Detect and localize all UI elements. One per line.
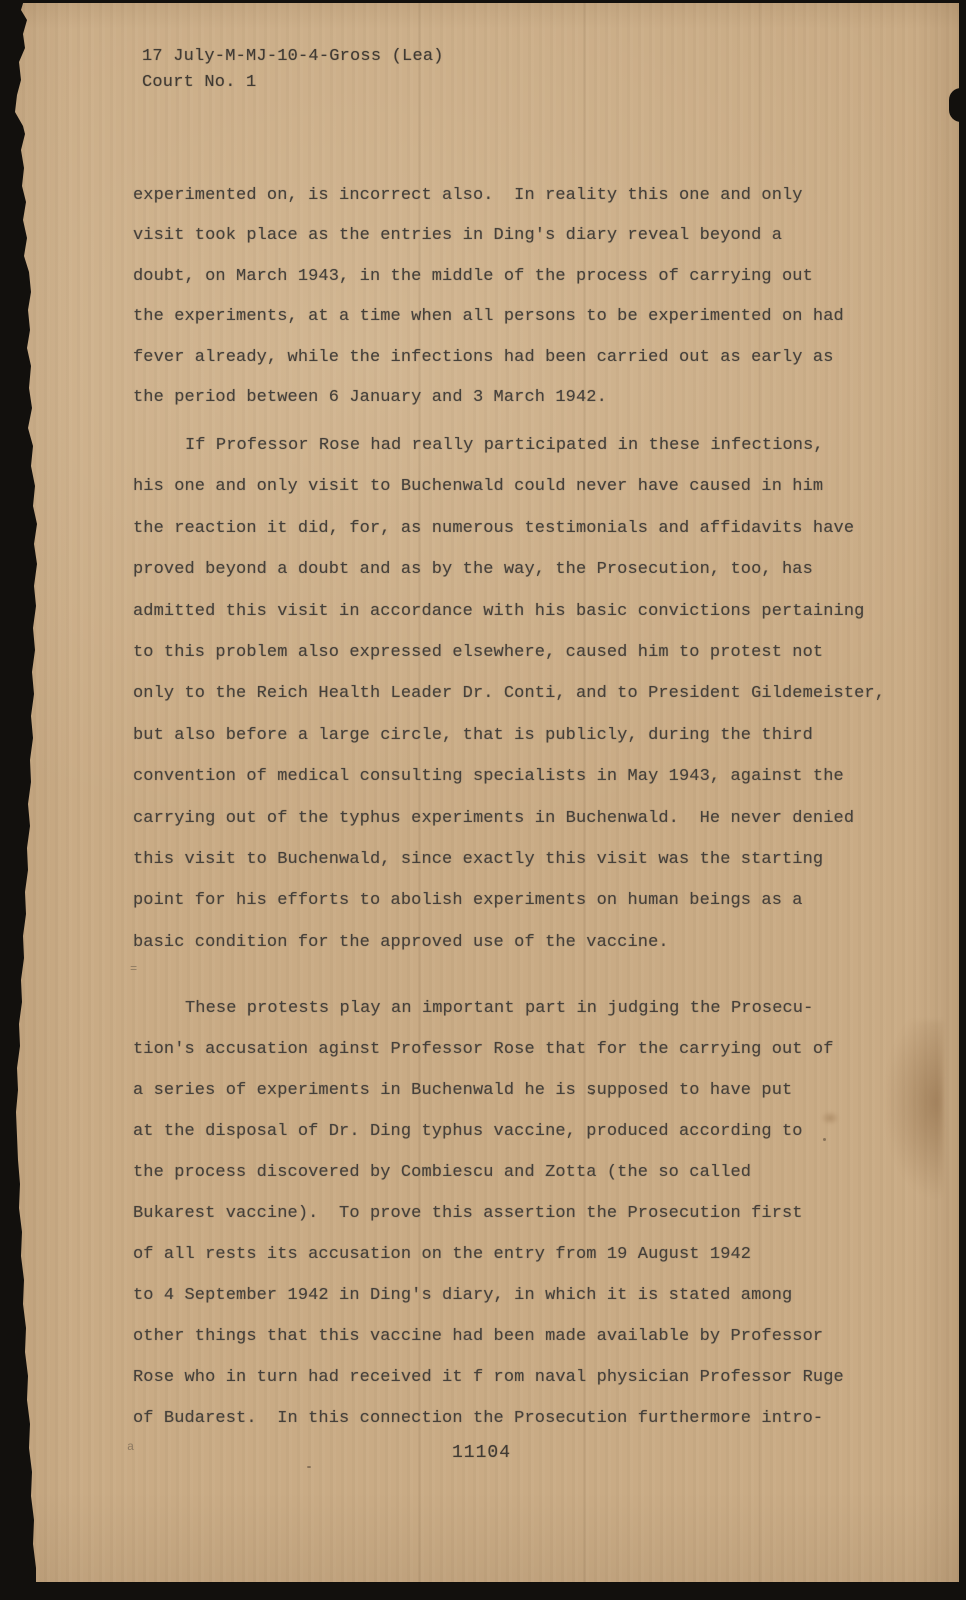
text-line: Rose who in turn had received it f rom n… [133,1357,844,1398]
paragraph: experimented on, is incorrect also. In r… [133,176,844,418]
text-line: this visit to Buchenwald, since exactly … [133,839,885,880]
text-line: his one and only visit to Buchenwald cou… [133,466,885,507]
stray-mark: = [130,962,137,976]
text-line: tion's accusation aginst Professor Rose … [133,1029,844,1070]
torn-edge-notch [949,88,962,122]
scanned-document-page: { "page": { "header_line1": "17 July-M-M… [0,0,966,1600]
page-number: 11104 [452,1443,511,1463]
scan-speck [591,1092,594,1095]
torn-paper-edge [0,0,70,1600]
text-line: a series of experiments in Buchenwald he… [133,1070,844,1111]
text-line: These protests play an important part in… [133,988,844,1029]
text-line: fever already, while the infections had … [133,338,844,378]
text-line: doubt, on March 1943, in the middle of t… [133,257,844,297]
scan-speck [307,1466,311,1468]
text-line: visit took place as the entries in Ding'… [133,216,844,256]
text-line: admitted this visit in accordance with h… [133,591,885,632]
paragraph: If Professor Rose had really participate… [133,425,885,963]
text-line: basic condition for the approved use of … [133,922,885,963]
paragraph: These protests play an important part in… [133,988,844,1439]
text-line: If Professor Rose had really participate… [133,425,885,466]
text-line: of all rests its accusation on the entry… [133,1234,844,1275]
text-line: of Budarest. In this connection the Pros… [133,1398,844,1439]
text-line: at the disposal of Dr. Ding typhus vacci… [133,1111,844,1152]
text-line: but also before a large circle, that is … [133,715,885,756]
text-line: convention of medical consulting special… [133,756,885,797]
text-line: to 4 September 1942 in Ding's diary, in … [133,1275,844,1316]
text-line: only to the Reich Health Leader Dr. Cont… [133,673,885,714]
text-line: Bukarest vaccine). To prove this asserti… [133,1193,844,1234]
document-body: experimented on, is incorrect also. In r… [0,0,966,1600]
text-line: experimented on, is incorrect also. In r… [133,176,844,216]
text-line: the experiments, at a time when all pers… [133,297,844,337]
text-line: the reaction it did, for, as numerous te… [133,508,885,549]
stray-mark: a [127,1440,134,1454]
text-line: to this problem also expressed elsewhere… [133,632,885,673]
text-line: proved beyond a doubt and as by the way,… [133,549,885,590]
scan-speck [823,1138,826,1141]
text-line: the process discovered by Combiescu and … [133,1152,844,1193]
text-line: the period between 6 January and 3 March… [133,378,844,418]
text-line: point for his efforts to abolish experim… [133,880,885,921]
text-line: other things that this vaccine had been … [133,1316,844,1357]
text-line: carrying out of the typhus experiments i… [133,798,885,839]
